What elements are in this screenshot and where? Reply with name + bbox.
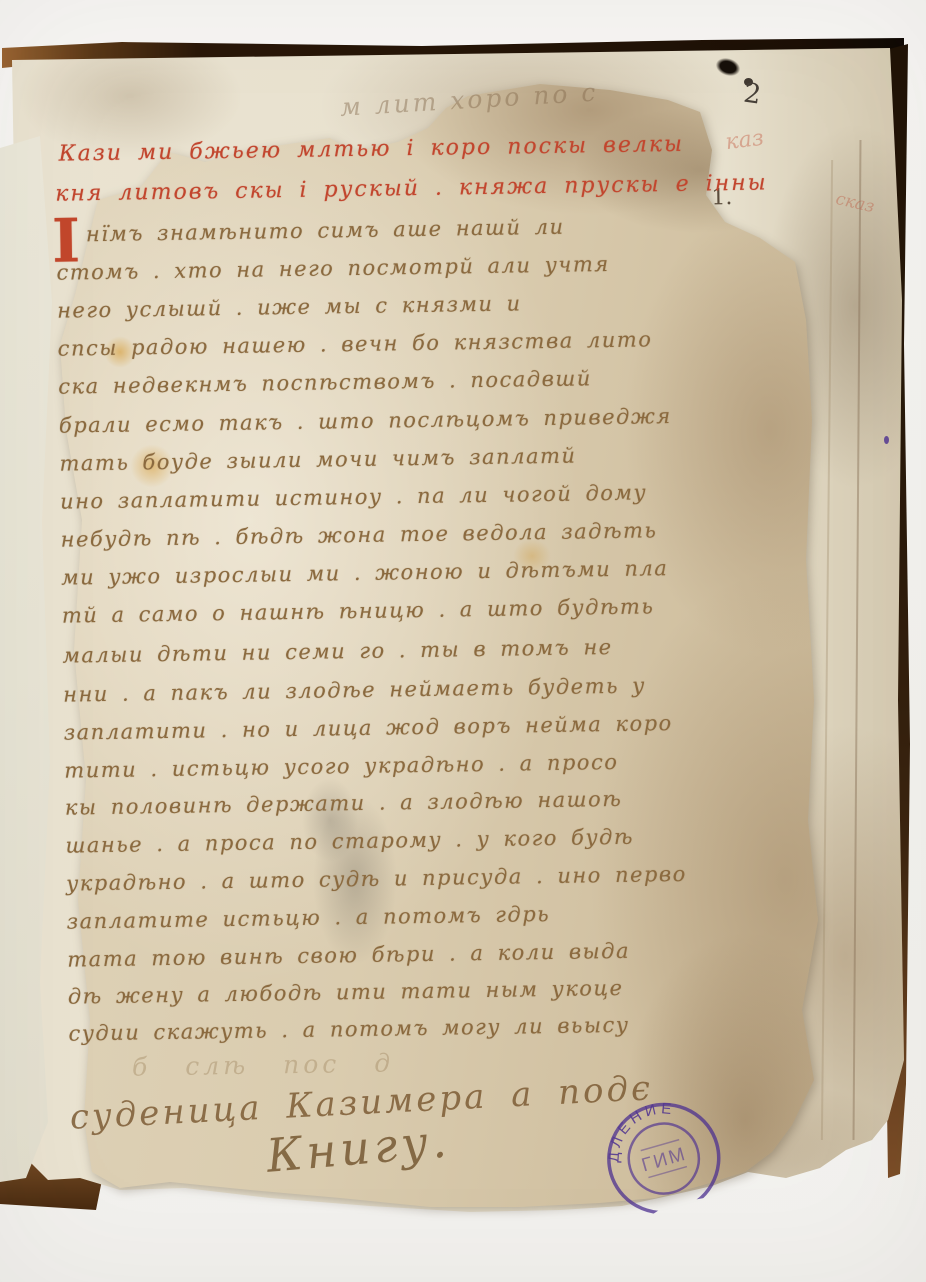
faded-margin-mark: каз <box>724 126 765 155</box>
text-line: тать боуде зыили мочи чимъ заплатй <box>59 444 576 476</box>
rubric-line: Кази ми бжьею млтью і коро поскы велкы <box>58 132 684 167</box>
text-line: заплатите истьцю . а потомъ гдрь <box>67 902 551 934</box>
folio-number: 2 <box>742 78 763 111</box>
text-line: шанье . а проса по старому . у кого будѣ <box>65 825 634 858</box>
handwriting-layer: м лит хоро по с 2 каз 1. сказ Кази ми бж… <box>0 0 926 1282</box>
text-line: украдѣно . а што судѣ и присуда . ино пе… <box>66 862 687 896</box>
text-line: стомъ . хто на него посмотрй али учтя <box>56 252 610 285</box>
text-line: ино заплатити истиноу . па ли чогой дому <box>60 480 647 513</box>
faded-note-line: б слѣ пос д <box>132 1048 395 1081</box>
text-line: небудѣ пѣ . бѣдѣ жона тое ведола задѣть <box>61 518 658 551</box>
text-line: спсы радою нашею . вечн бо князства лито <box>58 327 653 360</box>
text-line: малыи дѣти ни семи го . ты в томъ не <box>62 635 612 668</box>
text-line: судии скажуть . а потомъ могу ли вьысу <box>68 1013 629 1046</box>
text-line: кы половинѣ держати . а злодѣю нашоѣ <box>65 787 623 820</box>
text-line: заплатити . но и лица жод воръ нейма кор… <box>64 711 673 745</box>
edge-text-fragment: сказ <box>834 189 877 217</box>
text-line: брали есмо такъ . што послѣцомъ приведжя <box>59 404 672 438</box>
text-line: тити . истьцю усого украдѣно . а просо <box>64 750 618 783</box>
text-line: ми ужо изрослыи ми . жоною и дѣтъми пла <box>61 556 668 590</box>
text-line: тй а само о нашнѣ ѣницю . а што будѣть <box>62 594 655 627</box>
top-margin-scribble: м лит хоро по с <box>339 78 599 122</box>
rubric-line: кня литовъ скы і рускый . княжа прускы е… <box>55 170 768 206</box>
text-line: тата тою винѣ свою бѣри . а коли выда <box>67 939 630 972</box>
text-line: дѣ жену а любодѣ ити тати ным укоце <box>68 976 624 1009</box>
manuscript-photo: м лит хоро по с 2 каз 1. сказ Кази ми бж… <box>0 0 926 1282</box>
text-line: него услышй . иже мы с князми и <box>57 291 522 322</box>
text-line: нїмъ знамѣнито симъ аше нашй ли <box>86 215 565 247</box>
text-line: нни . а пакъ ли злодѣе неймаеть будеть у <box>63 673 646 706</box>
text-line: ска недвекнмъ поспѣствомъ . посадвшй <box>58 366 592 398</box>
